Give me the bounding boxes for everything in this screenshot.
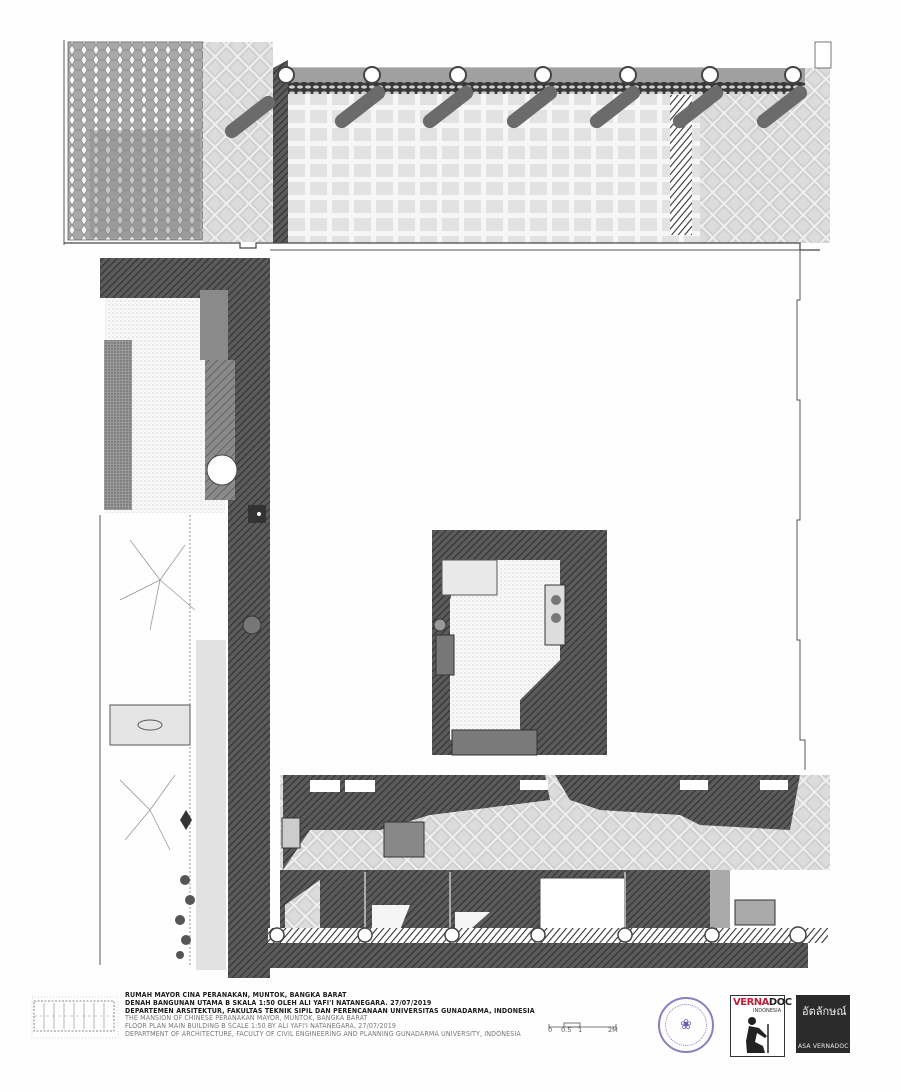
university-seal-icon: ❀	[665, 1004, 707, 1046]
front-veranda	[273, 42, 831, 243]
asa-glyph: อัตลักษณ์	[802, 1007, 847, 1017]
diagonal-tile-strip	[203, 42, 273, 242]
scale-label: 2M	[608, 1026, 618, 1034]
rear-rooms	[280, 870, 730, 930]
key-plan	[30, 995, 120, 1040]
side-garden	[100, 515, 226, 970]
left-wing	[100, 258, 270, 978]
title-line-en-3: DEPARTMENT OF ARCHITECTURE, FACULTY OF C…	[125, 1031, 545, 1039]
title-block: RUMAH MAYOR CINA PERANAKAN, MUNTOK, BANG…	[125, 992, 545, 1039]
scale-bar: 0 0.5 1 2M	[548, 1016, 618, 1038]
scale-label: 0.5	[561, 1026, 571, 1034]
drawing-sheet: RUMAH MAYOR CINA PERANAKAN, MUNTOK, BANG…	[0, 0, 900, 1092]
vernadoc-indonesia-logo: VERNADOC INDONESIA	[730, 995, 785, 1057]
rear-colonnade	[268, 927, 828, 968]
floor-plan-drawing	[0, 0, 900, 990]
universitas-indonesia-logo: ❀	[658, 997, 714, 1053]
vernadoc-brand-left: VERNA	[733, 997, 769, 1008]
front-wall-line	[64, 243, 820, 250]
scale-label: 0	[548, 1026, 552, 1034]
asa-caption: ASA VERNADOC	[798, 1043, 849, 1050]
vernadoc-sub: INDONESIA	[753, 1008, 781, 1014]
vernadoc-brand-right: DOC	[769, 997, 792, 1008]
central-room	[432, 530, 607, 755]
hex-tile-courtyard	[64, 40, 203, 245]
kneeling-figure-icon	[743, 1016, 773, 1054]
scale-label: 1	[578, 1026, 582, 1034]
asa-vernadoc-logo: อัตลักษณ์ ASA VERNADOC	[796, 995, 850, 1053]
